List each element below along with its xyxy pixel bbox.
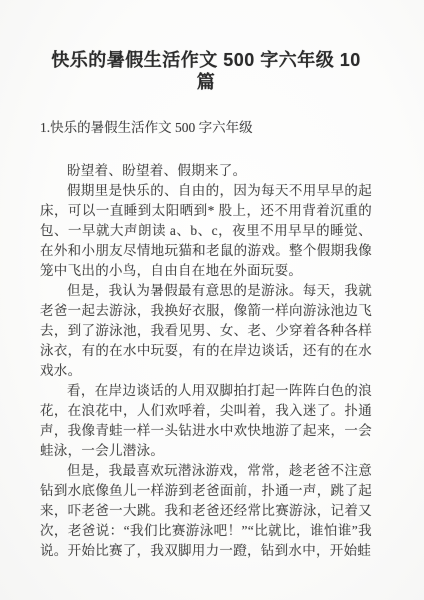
text-line: 钻到水底像鱼儿一样游到老爸面前，扑通一声，跳了起 [40, 481, 372, 501]
paragraph: 假期里是快乐的、自由的，因为每天不用早早的起床，可以一直睡到太阳晒到* 股上，还… [40, 181, 372, 281]
text-line: 蛙泳，一会儿潜泳。 [40, 441, 372, 461]
text-line: 说。开始比赛了，我双脚用力一蹬，钻到水中，开始蛙 [40, 541, 372, 561]
text-line: 但是，我认为暑假最有意思的是游泳。每天，我就和 [40, 281, 372, 301]
text-line: 声，我像青蛙一样一头钻进水中欢快地游了起来，一会儿 [40, 421, 372, 441]
text-line: 在外和小朋友尽情地玩猫和老鼠的游戏。整个假期我像从 [40, 241, 372, 261]
section-heading: 1.快乐的暑假生活作文 500 字六年级 [40, 120, 372, 136]
document-page: 快乐的暑假生活作文 500 字六年级 10 篇 1.快乐的暑假生活作文 500 … [0, 0, 424, 600]
paragraph: 盼望着、盼望着、假期来了。 [40, 161, 372, 181]
text-line: 去，到了游泳池，我看见男、女、老、少穿着各种各样的 [40, 321, 372, 341]
text-line: 看，在岸边谈话的人用双脚拍打起一阵阵白色的浪 [40, 381, 372, 401]
paragraph: 看，在岸边谈话的人用双脚拍打起一阵阵白色的浪花，在浪花中，人们欢呼着，尖叫着，我… [40, 381, 372, 461]
text-line: 泳衣，有的在水中玩耍，有的在岸边谈话，还有的在水中 [40, 341, 372, 361]
text-line: 花，在浪花中，人们欢呼着，尖叫着，我入迷了。扑通一 [40, 401, 372, 421]
text-line: 来，吓老爸一大跳。我和老爸还经常比赛游泳，记着又一 [40, 501, 372, 521]
page-title: 快乐的暑假生活作文 500 字六年级 10 篇 [40, 49, 372, 93]
text-line: 戏水。 [40, 361, 372, 381]
text-line: 床，可以一直睡到太阳晒到* 股上，还不用背着沉重的书 [40, 201, 372, 221]
text-line: 但是，我最喜欢玩潜泳游戏，常常，趁老爸不注意我 [40, 461, 372, 481]
text-line: 笼中飞出的小鸟，自由自在地在外面玩耍。 [40, 261, 372, 281]
text-line: 盼望着、盼望着、假期来了。 [40, 161, 372, 181]
text-line: 老爸一起去游泳，我换好衣服，像箭一样向游泳池边飞 [40, 301, 372, 321]
text-line: 次，老爸说：“我们比赛游泳吧！”“比就比，谁怕谁”我 [40, 521, 372, 541]
paragraph: 但是，我最喜欢玩潜泳游戏，常常，趁老爸不注意我钻到水底像鱼儿一样游到老爸面前，扑… [40, 461, 372, 561]
text-line: 假期里是快乐的、自由的，因为每天不用早早的起 [40, 181, 372, 201]
body-text: 盼望着、盼望着、假期来了。假期里是快乐的、自由的，因为每天不用早早的起床，可以一… [40, 161, 372, 561]
text-line: 包、一早就大声朗读 a、b、c，夜里不用早早的睡觉、而是 [40, 221, 372, 241]
paragraph: 但是，我认为暑假最有意思的是游泳。每天，我就和老爸一起去游泳，我换好衣服，像箭一… [40, 281, 372, 381]
